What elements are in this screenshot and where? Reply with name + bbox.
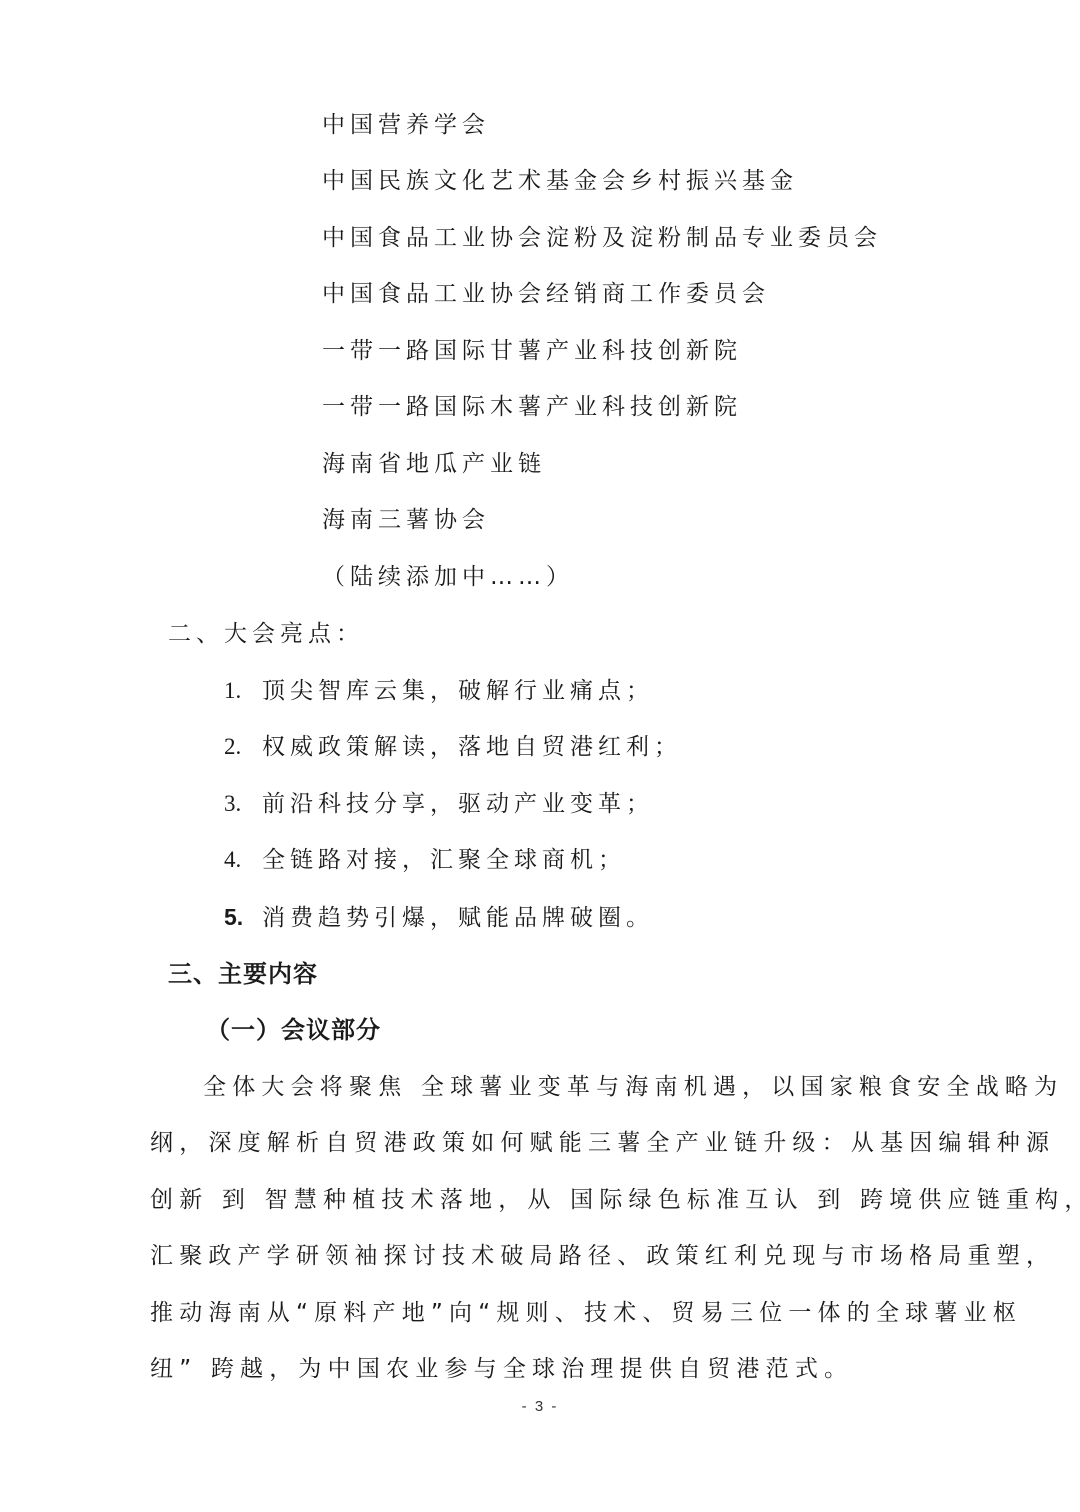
highlight-number: 3. <box>224 789 262 819</box>
subsection-heading-meeting: （一）会议部分 <box>206 1015 381 1045</box>
paragraph-line: 纽” 跨越，为中国农业参与全球治理提供自贸港范式。 <box>150 1354 853 1384</box>
highlight-text: 前沿科技分享，驱动产业变革； <box>262 791 654 817</box>
highlight-item: 1.顶尖智库云集，破解行业痛点； <box>224 676 654 706</box>
organization-item: 中国食品工业协会经销商工作委员会 <box>322 279 770 309</box>
section-heading-main-content: 三、主要内容 <box>168 959 318 989</box>
highlight-number: 1. <box>224 676 262 706</box>
highlight-item: 2.权威政策解读，落地自贸港红利； <box>224 732 682 762</box>
highlight-item: 3.前沿科技分享，驱动产业变革； <box>224 789 654 819</box>
section-heading-highlights: 二、大会亮点： <box>168 619 364 649</box>
highlight-number: 2. <box>224 732 262 762</box>
organization-item: 海南省地瓜产业链 <box>322 449 546 479</box>
page-number: - 3 - <box>0 1398 1080 1415</box>
organization-item: 中国食品工业协会淀粉及淀粉制品专业委员会 <box>322 223 882 253</box>
organization-item: 海南三薯协会 <box>322 505 490 535</box>
organization-item: 一带一路国际木薯产业科技创新院 <box>322 392 742 422</box>
organization-item: 中国营养学会 <box>322 110 490 140</box>
highlight-number: 4. <box>224 845 262 875</box>
paragraph-line: 全体大会将聚焦 全球薯业变革与海南机遇，以国家粮食安全战略为 <box>203 1072 1063 1102</box>
organization-item: 一带一路国际甘薯产业科技创新院 <box>322 336 742 366</box>
highlight-text: 权威政策解读，落地自贸港红利； <box>262 734 682 760</box>
highlight-text: 消费趋势引爆，赋能品牌破圈。 <box>262 905 654 931</box>
paragraph-line: 推动海南从“原料产地”向“规则、技术、贸易三位一体的全球薯业枢 <box>150 1298 1022 1328</box>
paragraph-line: 创新 到 智慧种植技术落地，从 国际绿色标准互认 到 跨境供应链重构， <box>150 1185 1080 1215</box>
highlight-text: 全链路对接，汇聚全球商机； <box>262 847 626 873</box>
document-page: 中国营养学会 中国民族文化艺术基金会乡村振兴基金 中国食品工业协会淀粉及淀粉制品… <box>0 0 1080 1512</box>
organization-item: 中国民族文化艺术基金会乡村振兴基金 <box>322 166 798 196</box>
paragraph-line: 纲，深度解析自贸港政策如何赋能三薯全产业链升级：从基因编辑种源 <box>150 1128 1055 1158</box>
highlight-item: 5.消费趋势引爆，赋能品牌破圈。 <box>224 902 654 933</box>
highlight-number: 5. <box>224 902 262 932</box>
paragraph-line: 汇聚政产学研领袖探讨技术破局路径、政策红利兑现与市场格局重塑， <box>150 1241 1055 1271</box>
highlight-text: 顶尖智库云集，破解行业痛点； <box>262 678 654 704</box>
organization-list-note: （陆续添加中……） <box>322 562 574 592</box>
highlight-item: 4.全链路对接，汇聚全球商机； <box>224 845 626 875</box>
